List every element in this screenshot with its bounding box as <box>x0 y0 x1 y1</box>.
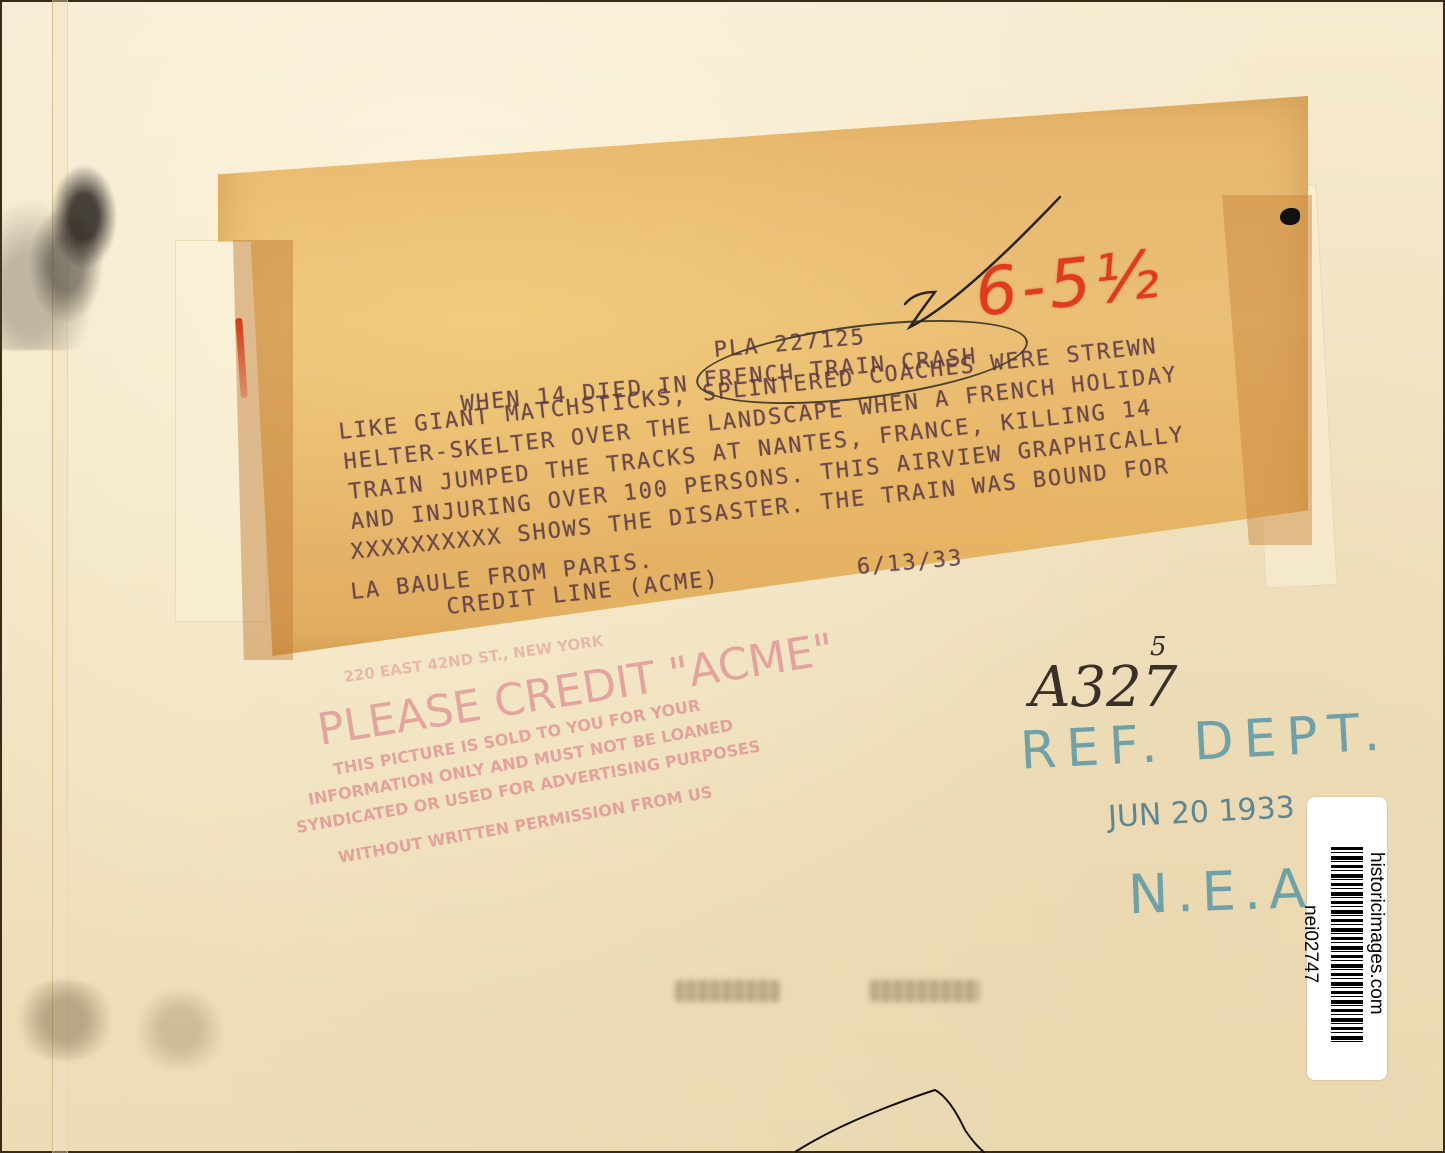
barcode-icon <box>1331 847 1363 1042</box>
dirt-smudge <box>130 990 230 1070</box>
ink-drop <box>1280 208 1300 225</box>
barcode-sticker: historicimages.com nei02747 <box>1307 797 1387 1080</box>
catalog-number: A327 <box>1030 655 1177 720</box>
offset-mark <box>870 980 980 1002</box>
catalog-superscript: 5 <box>1150 632 1167 662</box>
paper-tear <box>790 1070 990 1153</box>
barcode-site-text: historicimages.com <box>1365 852 1387 1015</box>
dirt-smudge <box>10 980 120 1060</box>
barcode-item-id: nei02747 <box>1299 905 1321 983</box>
offset-mark <box>675 980 780 1002</box>
ink-stain <box>0 160 120 350</box>
agency-stamp: N.E.A <box>1127 857 1315 926</box>
